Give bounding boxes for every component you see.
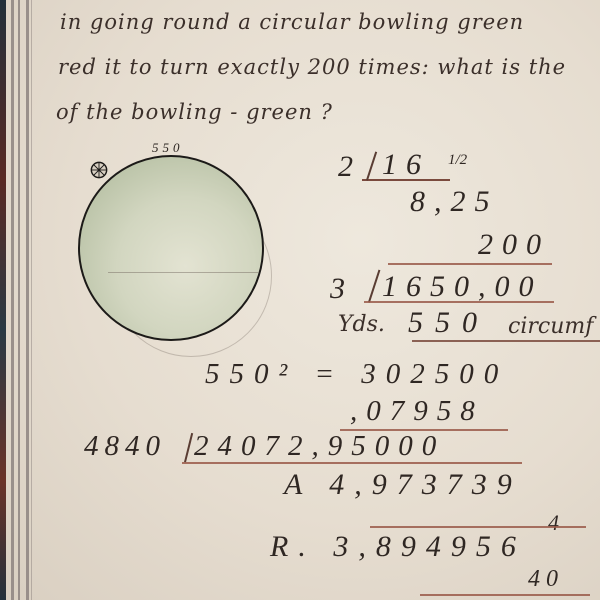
step8-result: R. 3,894956: [270, 530, 526, 564]
multiplication-rule: [370, 526, 586, 528]
division-bar: [362, 179, 450, 181]
step1-fraction: 1/2: [448, 152, 467, 169]
multiplication-rule: [388, 263, 552, 265]
problem-text-line-1: in going round a circular bowling green: [60, 10, 524, 34]
step3-suffix: circumf: [508, 314, 593, 339]
step1-divisor: 2: [338, 150, 362, 184]
cart-wheel-icon: [90, 161, 108, 179]
step6-dividend: 24072,95000: [194, 430, 445, 463]
book-spine: [0, 0, 6, 600]
division-bracket: [184, 433, 193, 463]
result-underline: [412, 340, 600, 342]
step1-result: 8,25: [410, 185, 499, 219]
step4-square: 550² = 302500: [205, 358, 508, 391]
step2-multiplier: 200: [478, 228, 550, 262]
step8-multiplier: 40: [528, 566, 564, 593]
step1-dividend: 16: [382, 148, 430, 182]
margin-rule-line: [18, 0, 20, 600]
problem-text-line-3: of the bowling - green ?: [56, 100, 333, 124]
multiplication-rule: [420, 594, 590, 596]
step3-result: 550: [408, 306, 489, 340]
diameter-line: [108, 272, 258, 273]
step3-dividend: 1650,00: [382, 270, 543, 304]
step3-prefix: Yds.: [338, 312, 385, 337]
division-bracket: [368, 270, 380, 303]
division-bar: [182, 462, 522, 464]
problem-text-line-2: red it to turn exactly 200 times: what i…: [58, 55, 566, 79]
figure-label: 550: [152, 140, 184, 156]
margin-rule-line: [31, 0, 32, 600]
margin-rule-line: [26, 0, 29, 600]
step7-multiplier: 4: [548, 510, 568, 536]
margin-rule-line: [11, 0, 14, 600]
division-bracket: [366, 151, 377, 180]
division-bar: [364, 301, 554, 303]
manuscript-page: in going round a circular bowling green …: [0, 0, 600, 600]
step6-divisor: 4840: [84, 430, 166, 463]
step3-divisor: 3: [330, 272, 354, 306]
step5-factor: ,07958: [350, 395, 484, 428]
step7-result: A 4,973739: [284, 468, 522, 502]
bowling-green-circle: [78, 155, 264, 341]
